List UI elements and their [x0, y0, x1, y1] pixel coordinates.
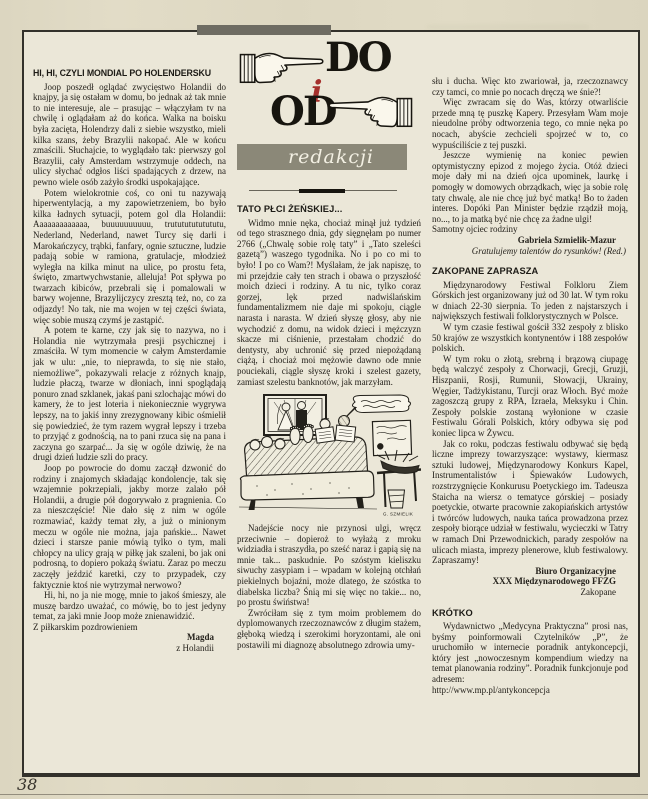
cartoon-wall-notice — [372, 420, 411, 455]
letter-signature-origin: z Holandii — [33, 643, 226, 654]
masthead-do: DO — [325, 38, 391, 78]
body-paragraph: Więc zwracam się do Was, którzy otwarliś… — [432, 97, 628, 150]
masthead-rule — [249, 190, 397, 191]
body-paragraph: Widmo mnie nęka, chociaż minął już tydzi… — [237, 218, 421, 388]
column-left: HI, HI, CZYLI MONDIAL PO HOLENDERSKU Joo… — [33, 68, 226, 654]
column-right: słu i ducha. Więc kto zwariował, ja, rze… — [432, 76, 628, 695]
organizer-signature: XXX Międzynarodowego FFZG — [432, 576, 628, 587]
page-number: 38 — [17, 775, 37, 794]
body-paragraph: W tym czasie festiwal gościł 332 zespoły… — [432, 322, 628, 354]
cartoon-newspaper-readers — [315, 416, 356, 444]
letter-signature: Magda — [33, 632, 226, 643]
cartoon-bed-base — [240, 471, 374, 500]
body-paragraph: W tym roku o złotą, srebrną i brązową ci… — [432, 354, 628, 439]
body-paragraph: A potem te karne, czy jak się to nazywa,… — [33, 325, 226, 463]
letter-signature: Gabriela Szmielik-Mazur — [432, 235, 628, 246]
pointing-hand-left-icon — [327, 90, 413, 132]
do-i-od-redakcji-masthead: DO i OD redakcji — [237, 32, 421, 204]
body-paragraph: Wydawnictwo „Medycyna Praktyczna” prosi … — [432, 621, 628, 685]
column-middle: DO i OD redakcji TATO PŁCI ŻEŃSKIEJ... W… — [237, 32, 421, 650]
letter-closing: Samotny ojciec rodziny — [432, 224, 628, 235]
redakcji-banner: redakcji — [237, 144, 407, 170]
body-paragraph: Nadejście nocy nie przynosi ulgi, wręcz … — [237, 523, 421, 608]
organizer-location: Zakopane — [432, 587, 628, 598]
website-url: http://www.mp.pl/antykoncepcja — [432, 685, 628, 696]
body-paragraph-continuation: słu i ducha. Więc kto zwariował, ja, rze… — [432, 76, 628, 97]
redakcji-label: redakcji — [270, 152, 374, 163]
body-paragraph: Jeszcze wymienię na koniec pewien optymi… — [432, 150, 628, 224]
body-paragraph: Joop po powrocie do domu zaczął dzwonić … — [33, 463, 226, 590]
section-heading-krotko: KRÓTKO — [432, 608, 628, 619]
cartoon-speech-bubble — [343, 395, 411, 420]
cartoon-signature: G. SZMIELIK — [383, 512, 413, 517]
page-frame: HI, HI, CZYLI MONDIAL PO HOLENDERSKU Joo… — [22, 30, 640, 777]
body-paragraph: Hi, hi, no ja nie mogę, mnie to jakoś śm… — [33, 590, 226, 622]
cartoon-floor-line — [239, 507, 377, 509]
editorial-cartoon: G. SZMIELIK — [237, 394, 421, 518]
magazine-scan-page: HI, HI, CZYLI MONDIAL PO HOLENDERSKU Joo… — [0, 0, 648, 799]
cartoon-washstand — [377, 450, 421, 508]
section-heading-zakopane: ZAKOPANE ZAPRASZA — [432, 266, 628, 277]
body-paragraph: Joop poszedł oglądać zwycięstwo Holandii… — [33, 82, 226, 188]
body-paragraph: Międzynarodowy Festiwal Folkloru Ziem Gó… — [432, 280, 628, 322]
editors-note: Gratulujemy talentów do rysunków! (Red.) — [432, 246, 628, 257]
bottom-rule — [0, 794, 648, 795]
cartoon-children-heads — [250, 436, 285, 450]
letter-closing: Z piłkarskim pozdrowieniem — [33, 622, 226, 633]
header-accent-bar — [197, 25, 331, 35]
section-heading-tato: TATO PŁCI ŻEŃSKIEJ... — [237, 204, 421, 215]
body-paragraph: Potem wielokrotnie coś, co oni tu nazywa… — [33, 188, 226, 326]
body-paragraph: Zwróciłam się z tym moim problemem do dy… — [237, 608, 421, 650]
masthead-od: OD — [270, 92, 336, 132]
organizer-signature: Biuro Organizacyjne — [432, 566, 628, 577]
body-paragraph: Jak co roku, podczas festiwalu odbywać s… — [432, 439, 628, 566]
section-heading-mondial: HI, HI, CZYLI MONDIAL PO HOLENDERSKU — [33, 68, 226, 79]
